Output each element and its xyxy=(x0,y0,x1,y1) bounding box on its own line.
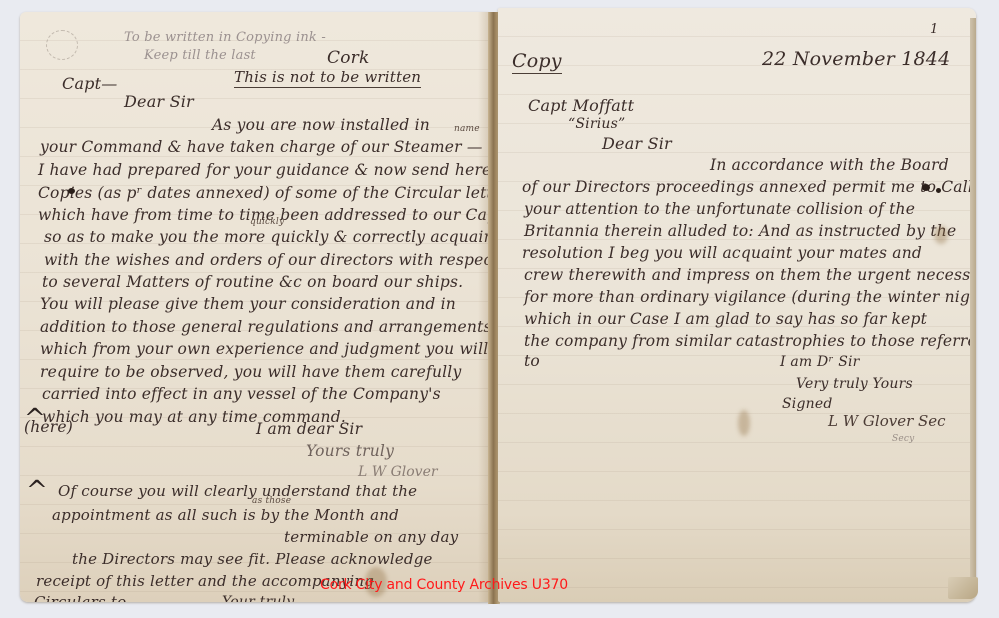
body-line-11: which from your own experience and judgm… xyxy=(40,340,488,358)
ink-blot xyxy=(922,184,930,191)
ship-name: “Sirius” xyxy=(568,116,625,132)
body-line-4: Britannia therein alluded to: And as ins… xyxy=(524,222,956,240)
open-letter-book: To be written in Copying ink - Keep till… xyxy=(20,12,984,608)
signed-label: Signed xyxy=(782,396,833,412)
curled-page-corner xyxy=(948,577,978,599)
right-page: 1 Copy 22 November 1844 Capt Moffatt “Si… xyxy=(498,8,976,602)
body-line-7: with the wishes and orders of our direct… xyxy=(44,251,490,269)
body-line-1: In accordance with the Board xyxy=(710,156,949,174)
body-line-9: the company from similar catastrophies t… xyxy=(524,332,976,350)
body-line-10: to xyxy=(524,352,540,370)
ink-blot xyxy=(68,188,75,194)
copy-heading: Copy xyxy=(512,50,562,74)
postscript-line-2: appointment as all such is by the Month … xyxy=(52,506,399,524)
body-line-6: so as to make you the more quickly & cor… xyxy=(44,228,490,246)
pencil-note-keep: Keep till the last xyxy=(144,48,256,63)
body-line-9: You will please give them your considera… xyxy=(40,295,456,313)
salutation: Dear Sir xyxy=(124,92,194,111)
place-heading: Cork xyxy=(327,48,369,68)
signature-glover: L W Glover Sec xyxy=(828,412,946,430)
as-those-superscript: as those xyxy=(252,496,291,506)
body-line-3: I have had prepared for your guidance & … xyxy=(38,161,490,179)
closing-i-am-dear-sir: I am Dʳ Sir xyxy=(780,354,860,370)
body-line-13: carried into effect in any vessel of the… xyxy=(42,385,441,403)
insert-mark-here: (here) xyxy=(24,418,73,436)
signature-glover: L W Glover xyxy=(358,464,438,480)
body-line-6: crew therewith and impress on them the u… xyxy=(524,266,976,284)
closing-yours-truly: Yours truly xyxy=(306,442,394,460)
salutation-to: Capt— xyxy=(62,74,117,93)
postscript-sign-off: Your truly xyxy=(222,594,294,602)
pencil-note-copying-ink: To be written in Copying ink - xyxy=(124,30,326,45)
body-line-8: which in our Case I am glad to say has s… xyxy=(524,310,927,328)
secretary-note: Secy xyxy=(892,434,914,444)
addressee: Capt Moffatt xyxy=(528,96,634,115)
archive-watermark: Cork City and County Archives U370 xyxy=(320,577,568,593)
steamer-superscript: name xyxy=(454,124,480,134)
not-to-be-written-note: This is not to be written xyxy=(234,68,421,88)
faded-stamp xyxy=(46,30,78,60)
ink-blot xyxy=(936,188,941,193)
paper-stain xyxy=(934,226,948,244)
salutation: Dear Sir xyxy=(602,134,672,153)
paper-stain xyxy=(738,410,750,436)
body-line-5: resolution I beg you will acquaint your … xyxy=(522,244,922,262)
closing-i-am-dear-sir: I am dear Sir xyxy=(256,420,362,438)
postscript-line-4: the Directors may see fit. Please acknow… xyxy=(72,550,433,568)
body-line-10: addition to those general regulations an… xyxy=(40,318,490,336)
body-line-7: for more than ordinary vigilance (during… xyxy=(524,288,976,306)
body-line-8: to several Matters of routine &c on boar… xyxy=(42,273,463,291)
page-number: 1 xyxy=(930,22,938,37)
postscript-line-1: Of course you will clearly understand th… xyxy=(58,482,417,500)
postscript-caret-icon: ^ xyxy=(26,476,48,506)
body-line-1: As you are now installed in xyxy=(212,116,430,134)
body-line-12: require to be observed, you will have th… xyxy=(40,363,461,381)
postscript-line-6: Circulars to xyxy=(34,593,114,602)
letter-date: 22 November 1844 xyxy=(762,48,950,70)
body-line-4: Copies (as pʳ dates annexed) of some of … xyxy=(38,184,490,202)
body-line-2: your Command & have taken charge of our … xyxy=(40,138,483,156)
body-line-2: of our Directors proceedings annexed per… xyxy=(522,178,973,196)
postscript-line-3: terminable on any day xyxy=(284,528,458,546)
left-page: To be written in Copying ink - Keep till… xyxy=(20,12,490,602)
body-line-3: your attention to the unfortunate collis… xyxy=(524,200,915,218)
closing-very-truly-yours: Very truly Yours xyxy=(796,376,913,392)
quickly-superscript: quickly xyxy=(250,217,284,227)
